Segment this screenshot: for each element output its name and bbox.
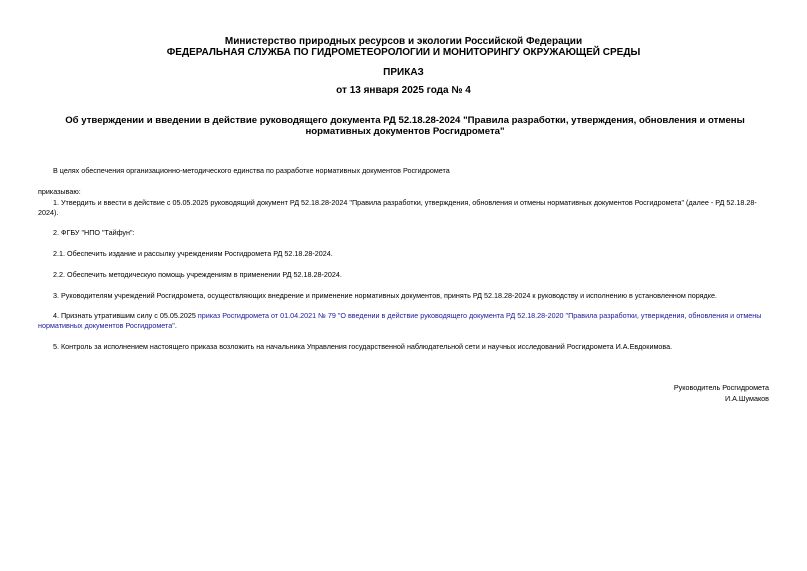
item-2: 2. ФГБУ "НПО "Тайфун":: [38, 228, 773, 238]
item-5: 5. Контроль за исполнением настоящего пр…: [38, 342, 773, 352]
preamble: В целях обеспечения организационно-метод…: [38, 166, 773, 176]
ministry-name: Министерство природных ресурсов и эколог…: [0, 36, 807, 47]
signatory-position: Руководитель Росгидромета: [674, 382, 769, 393]
service-name: ФЕДЕРАЛЬНАЯ СЛУЖБА ПО ГИДРОМЕТЕОРОЛОГИИ …: [0, 47, 807, 58]
document-title: Об утверждении и введении в действие рук…: [40, 115, 770, 137]
item-4: 4. Признать утратившим силу с 05.05.2025…: [38, 311, 773, 331]
item-4-suffix: .: [175, 321, 177, 330]
item-2-2: 2.2. Обеспечить методическую помощь учре…: [38, 270, 773, 280]
signature-block: Руководитель Росгидромета И.А.Шумаков: [674, 382, 769, 404]
item-3: 3. Руководителям учреждений Росгидромета…: [38, 291, 773, 301]
item-2-1: 2.1. Обеспечить издание и рассылку учреж…: [38, 249, 773, 259]
document-type: ПРИКАЗ: [0, 67, 807, 78]
signatory-name: И.А.Шумаков: [674, 393, 769, 404]
order-word: приказываю:: [38, 187, 773, 197]
item-4-prefix: 4. Признать утратившим силу с 05.05.2025: [53, 311, 198, 320]
document-date-number: от 13 января 2025 года № 4: [0, 85, 807, 96]
item-1: 1. Утвердить и ввести в действие с 05.05…: [38, 198, 773, 218]
document-page: Министерство природных ресурсов и эколог…: [0, 0, 807, 571]
